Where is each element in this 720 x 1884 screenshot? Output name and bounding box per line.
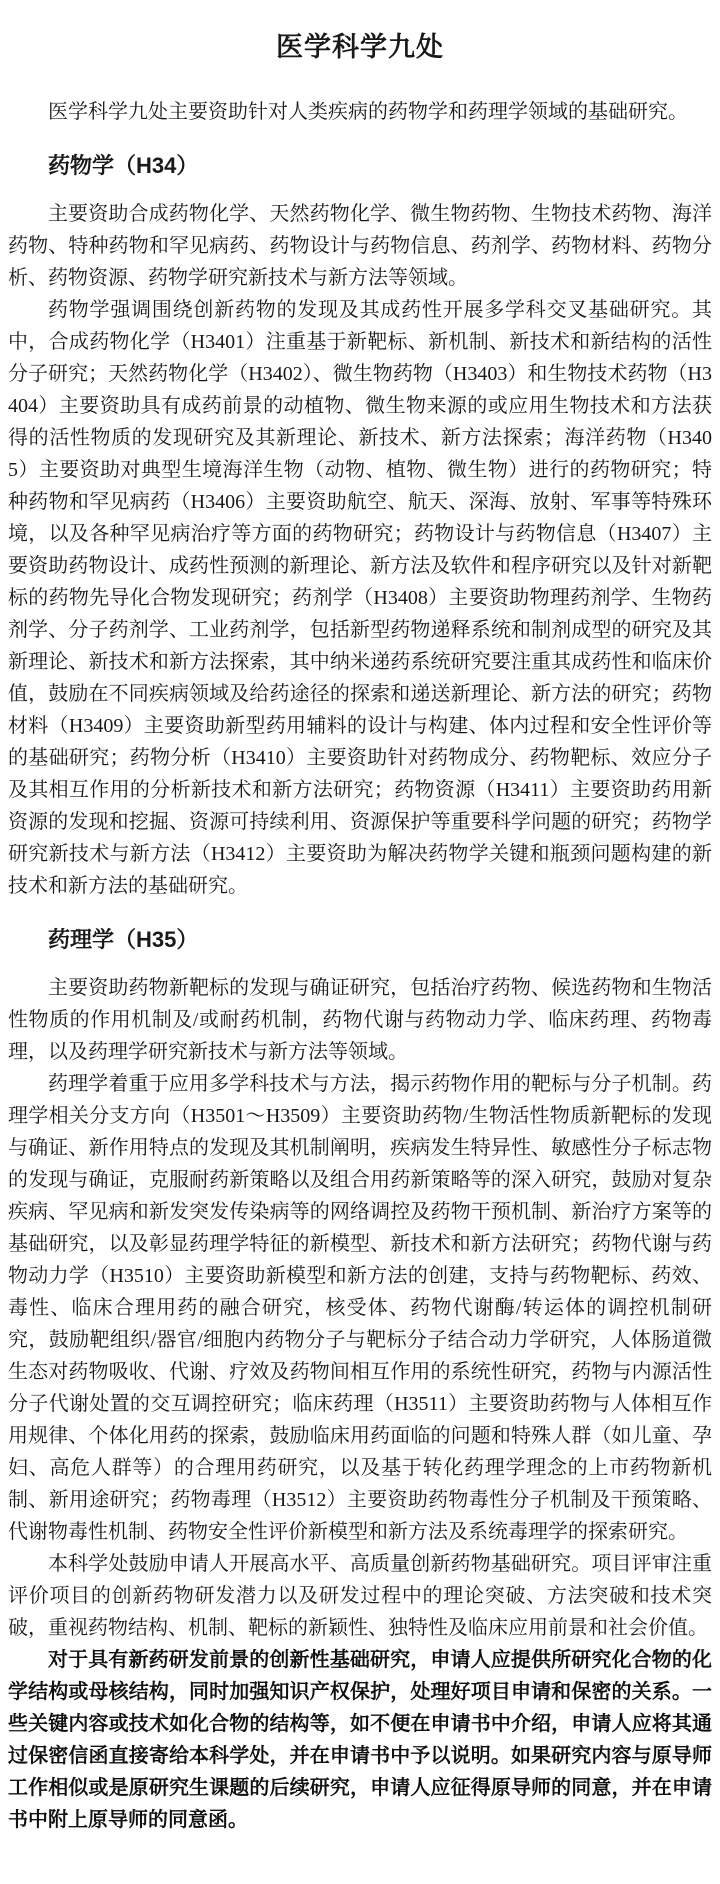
- section-heading-pharmacology-h35: 药理学（H35）: [8, 926, 712, 954]
- h35-scope-paragraph: 主要资助药物新靶标的发现与确证研究，包括治疗药物、候选药物和生物活性物质的作用机…: [8, 972, 712, 1068]
- h34-detail-paragraph: 药物学强调围绕创新药物的发现及其成药性开展多学科交叉基础研究。其中，合成药物化学…: [8, 294, 712, 902]
- h35-detail-paragraph: 药理学着重于应用多学科技术与方法，揭示药物作用的靶标与分子机制。药理学相关分支方…: [8, 1068, 712, 1548]
- confidentiality-notice-paragraph: 对于具有新药研发前景的创新性基础研究，申请人应提供所研究化合物的化学结构或母核结…: [8, 1644, 712, 1836]
- intro-paragraph: 医学科学九处主要资助针对人类疾病的药物学和药理学领域的基础研究。: [8, 96, 712, 128]
- section-heading-pharmacy-h34: 药物学（H34）: [8, 152, 712, 180]
- division-encouragement-paragraph: 本科学处鼓励申请人开展高水平、高质量创新药物基础研究。项目评审注重评价项目的创新…: [8, 1548, 712, 1644]
- h34-scope-paragraph: 主要资助合成药物化学、天然药物化学、微生物药物、生物技术药物、海洋药物、特种药物…: [8, 198, 712, 294]
- document-page: 医学科学九处 医学科学九处主要资助针对人类疾病的药物学和药理学领域的基础研究。 …: [0, 0, 720, 1884]
- page-title: 医学科学九处: [8, 30, 712, 64]
